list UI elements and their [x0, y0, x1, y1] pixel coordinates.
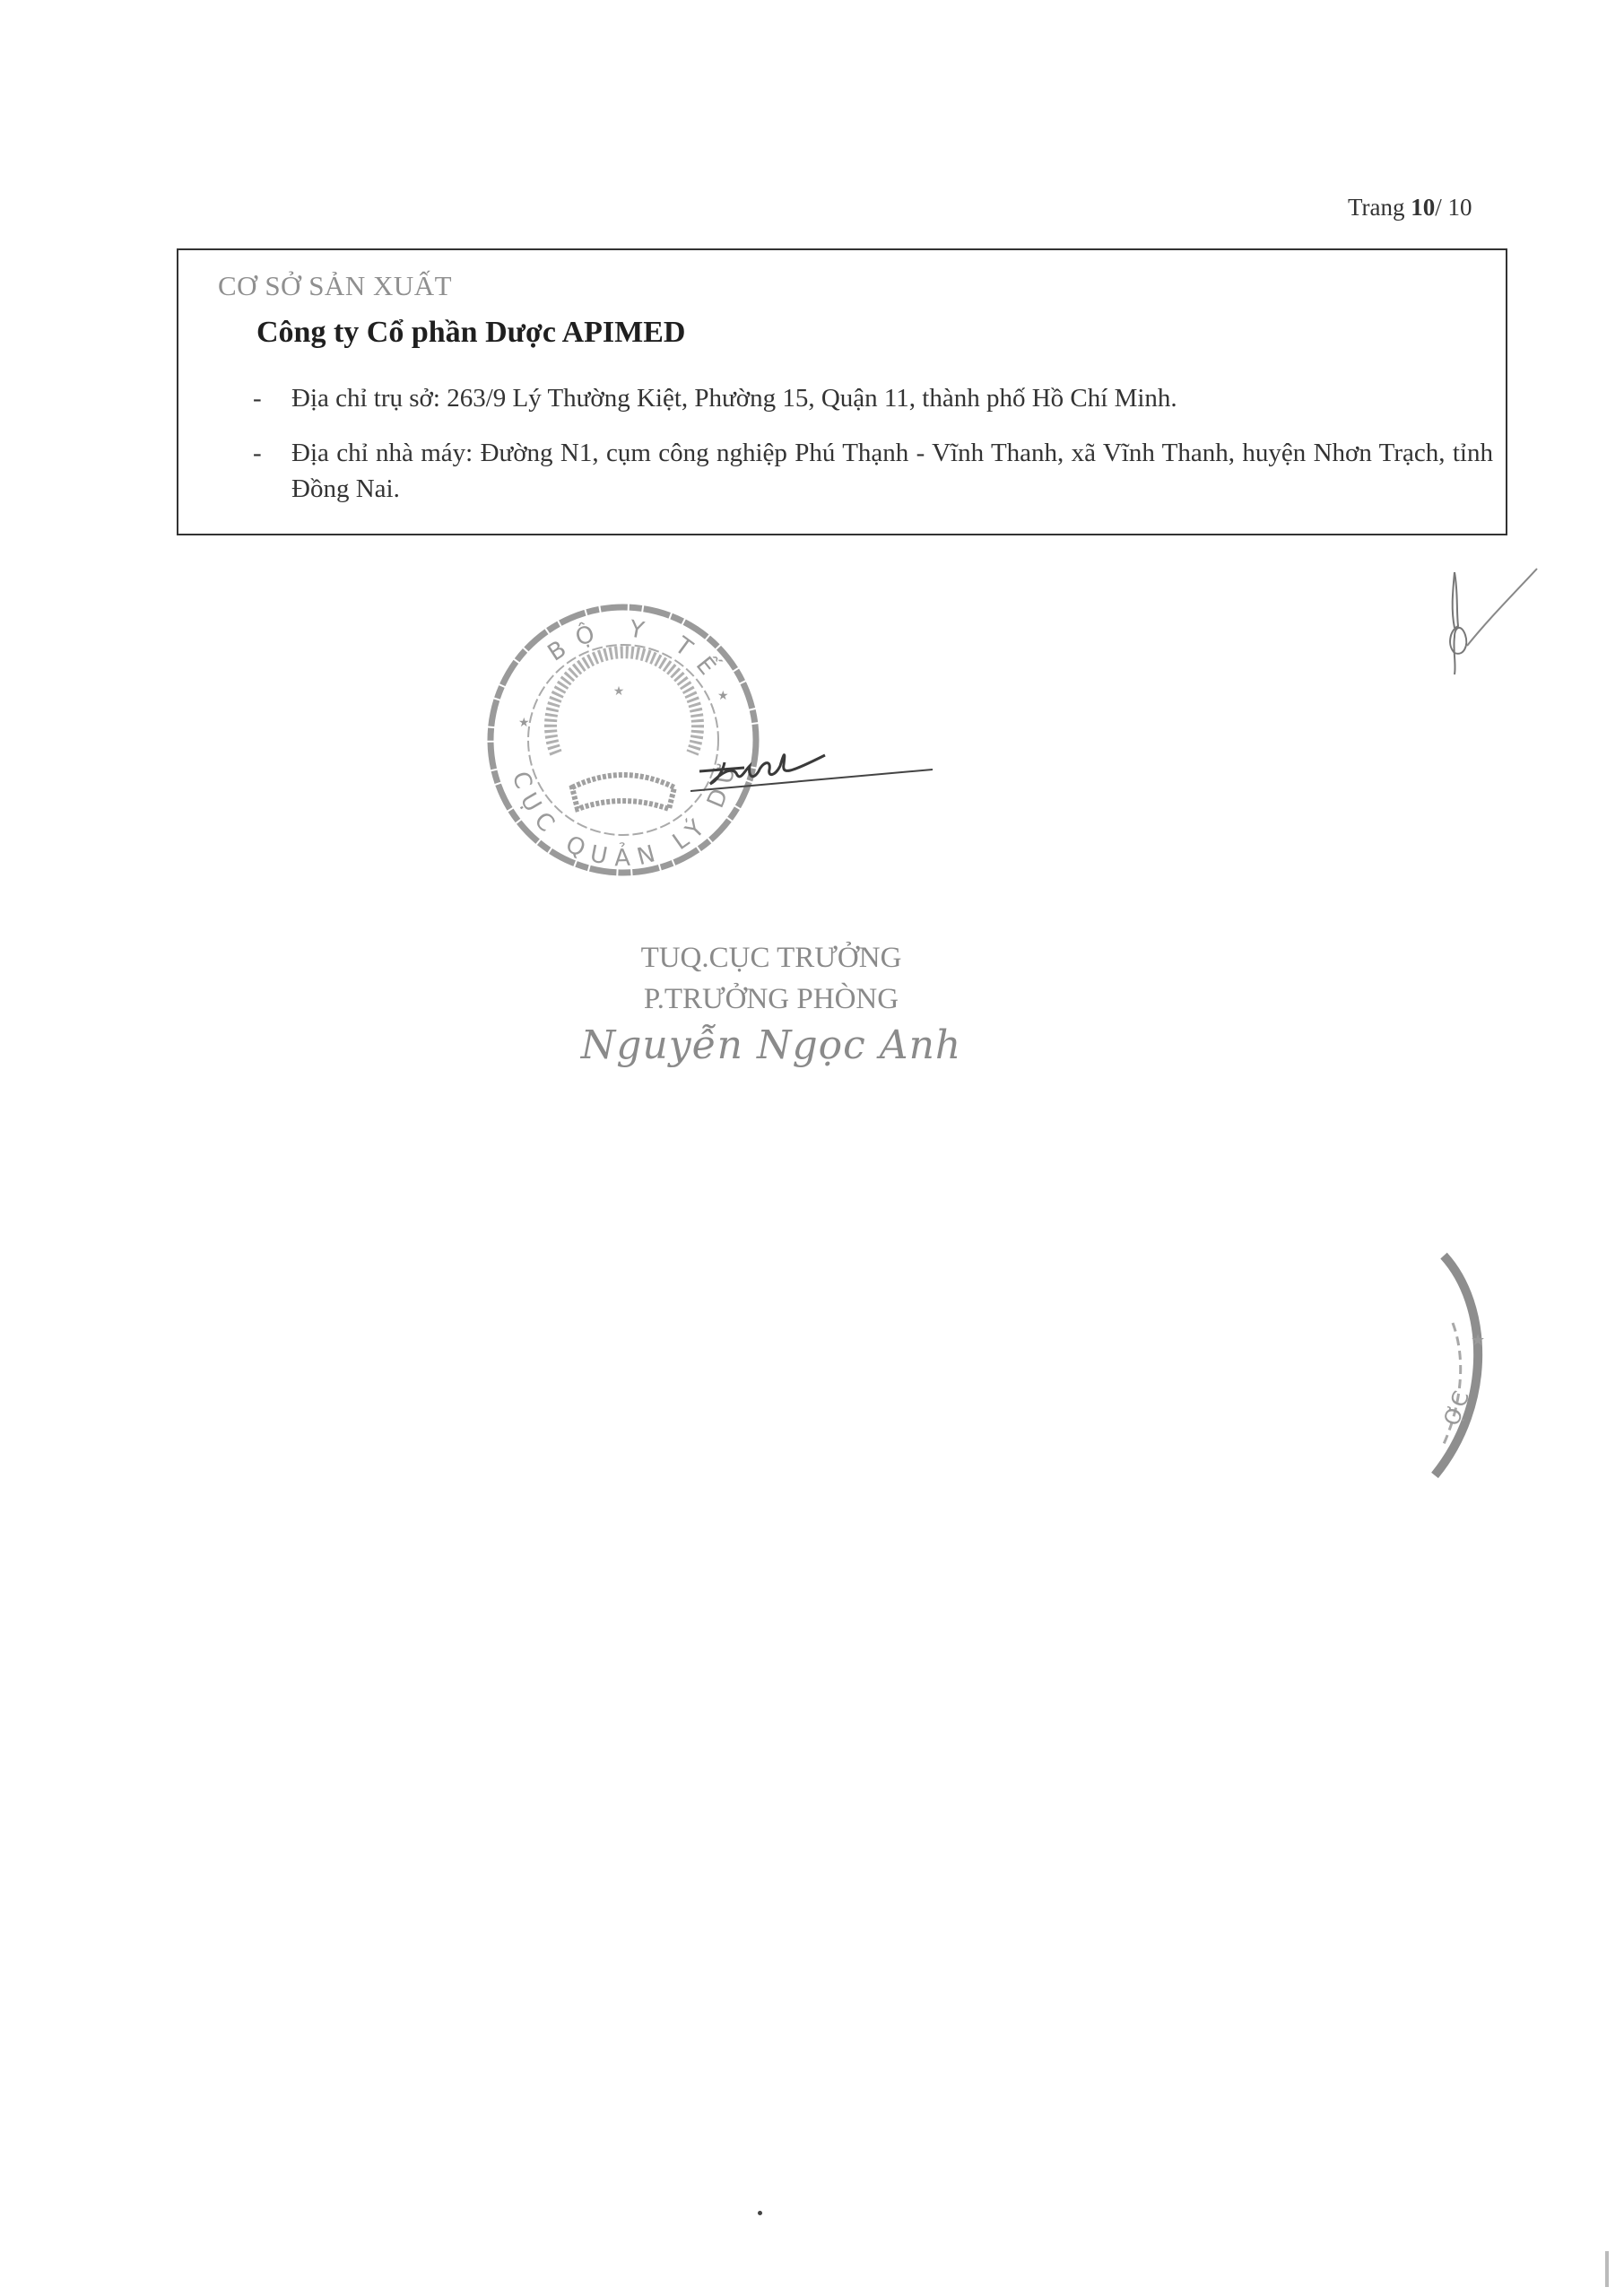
page-number: Trang 10/ 10	[1348, 194, 1472, 222]
svg-text:★: ★	[1471, 1331, 1485, 1350]
signatory-title-line-1: TUQ.CỤC TRƯỞNG	[574, 942, 968, 975]
bullet-dash: -	[253, 380, 262, 416]
svg-text:★: ★	[518, 716, 530, 730]
initials-mark-icon	[1444, 556, 1542, 682]
manufacturer-label: CƠ SỞ SẢN XUẤT	[218, 270, 452, 302]
page-total: 10	[1448, 194, 1472, 221]
page-speck	[758, 2211, 762, 2215]
page-edge-mark	[1605, 2251, 1609, 2287]
svg-text:★: ★	[613, 684, 625, 699]
company-name: Công ty Cổ phần Dược APIMED	[256, 316, 685, 350]
handwritten-signature-icon	[690, 735, 933, 807]
page-current: 10	[1411, 194, 1435, 221]
bullet-dash: -	[253, 435, 262, 471]
signatory-title-line-2: P.TRƯỞNG PHÒNG	[574, 983, 968, 1016]
page-separator: /	[1435, 194, 1447, 221]
partial-seal-icon: ★ ỢC	[1417, 1251, 1507, 1484]
address-text: Địa chỉ nhà máy: Đường N1, cụm công nghi…	[291, 435, 1493, 507]
manufacturer-info-box: CƠ SỞ SẢN XUẤT Công ty Cổ phần Dược APIM…	[177, 248, 1507, 535]
address-text: Địa chỉ trụ sở: 263/9 Lý Thường Kiệt, Ph…	[291, 380, 1493, 416]
svg-text:★: ★	[717, 689, 729, 703]
page-label: Trang	[1348, 194, 1405, 221]
signatory-name: Nguyễn Ngọc Anh	[574, 1022, 968, 1068]
